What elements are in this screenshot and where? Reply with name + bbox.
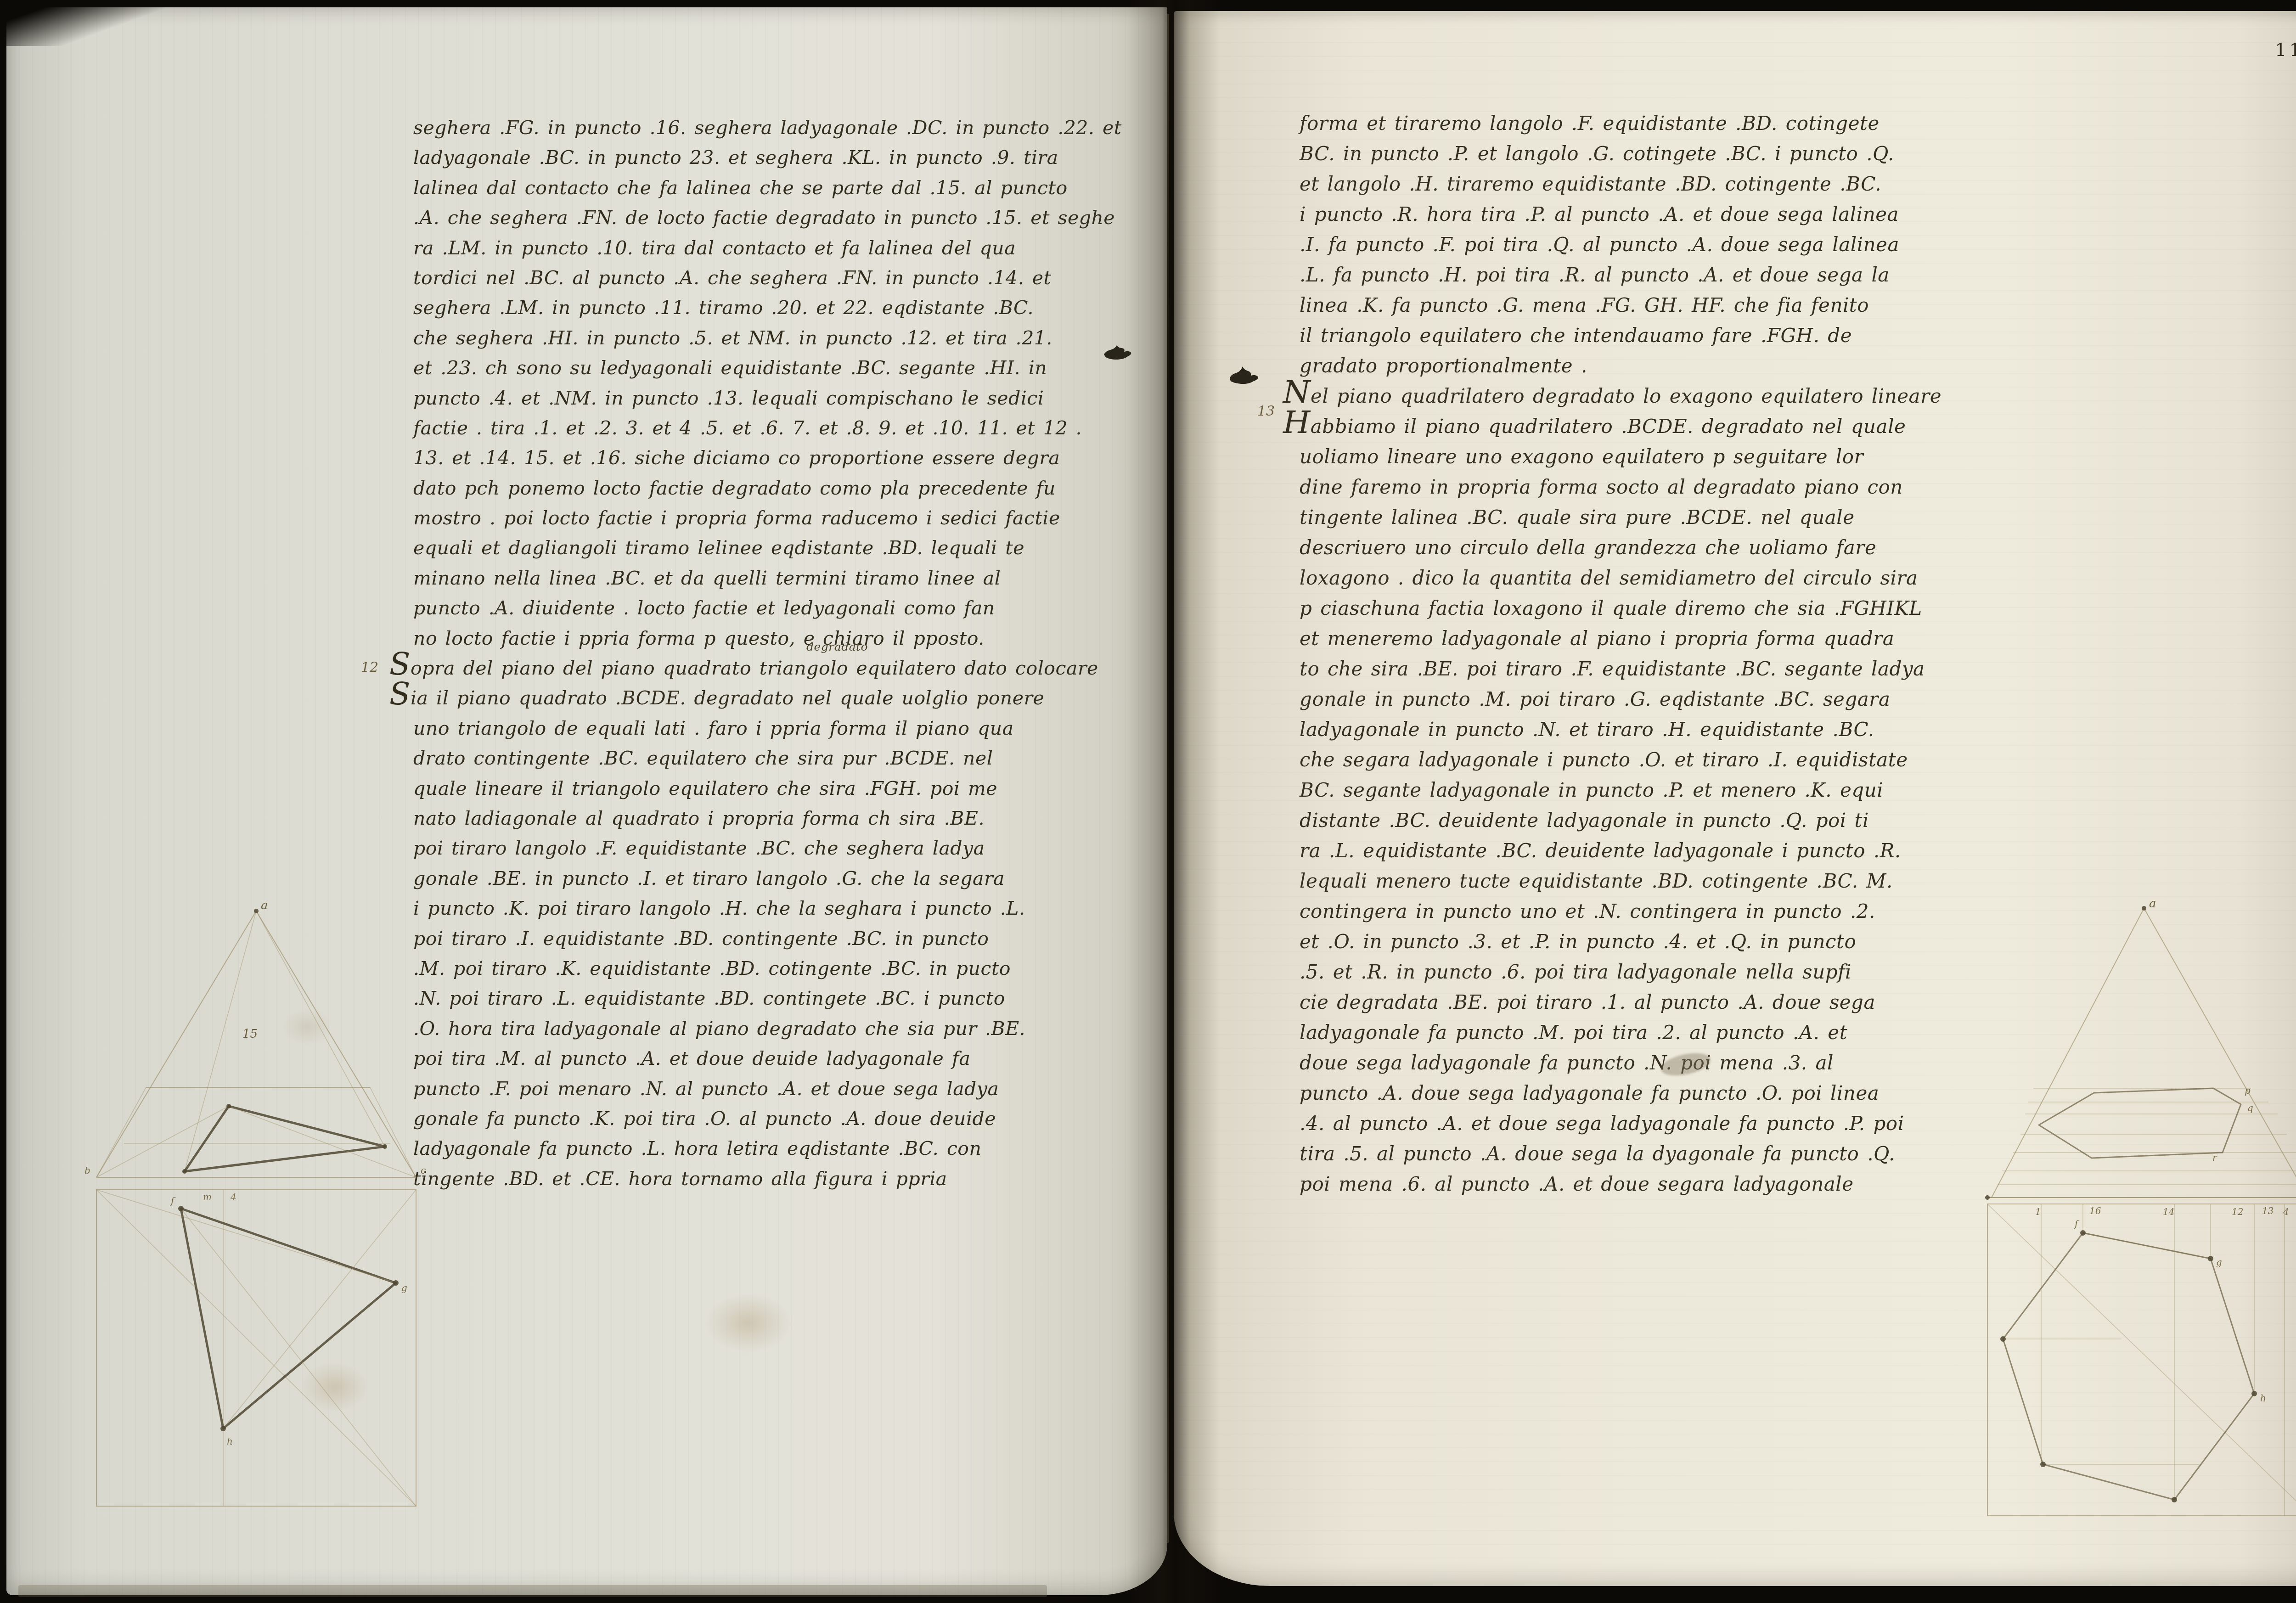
corner-c-label: c	[421, 1165, 426, 1176]
manuscript-line: lalinea dal contacto che fa lalinea che …	[413, 173, 1143, 203]
manuscript-line: et meneremo ladyagonale al piano i propr…	[1300, 624, 2016, 654]
point-g-label: g	[2216, 1257, 2222, 1268]
manuscript-line: gradato proportionalmente .	[1300, 351, 2016, 381]
manuscript-photo: { "folio_number": "11", "left_page": { "…	[0, 0, 2296, 1603]
manuscript-line: puncto .4. et .NM. in puncto .13. lequal…	[413, 383, 1143, 413]
construction-lines	[96, 909, 416, 1506]
manuscript-line: et .23. ch sono su ledyagonali equidista…	[413, 353, 1143, 383]
manuscript-line: mostro . poi locto factie i propria form…	[413, 503, 1143, 533]
point-f-label: f	[170, 1195, 176, 1206]
manuscript-line: Sopra del piano del piano quadrato trian…	[389, 653, 1143, 683]
manuscript-line: dato pch ponemo locto factie degradato c…	[413, 473, 1143, 503]
manuscript-line: puncto .A. doue sega ladyagonale fa punc…	[1300, 1078, 2016, 1108]
hexagon-perspective-diagram: a p q r f g h 1 16 14 12 13 4	[1984, 895, 2296, 1543]
manuscript-line: seghera .FG. in puncto .16. seghera lady…	[413, 113, 1143, 143]
manuscript-line: tordici nel .BC. al puncto .A. che seghe…	[413, 263, 1143, 293]
manuscript-line: BC. segante ladyagonale in puncto .P. et…	[1300, 775, 2016, 805]
left-page-text: seghera .FG. in puncto .16. seghera lady…	[413, 113, 1143, 1194]
manuscript-line: no locto factie i ppria forma p questo, …	[413, 624, 1143, 653]
bottom-page-edges	[18, 1585, 1047, 1597]
folio-number: 11	[2275, 39, 2296, 61]
manuscript-line: il triangolo equilatero che intendauamo …	[1300, 321, 2016, 351]
foxing-stain	[704, 1293, 792, 1353]
manuscript-line: poi tiraro .I. equidistante .BD. conting…	[413, 924, 1143, 954]
manuscript-line: gonale fa puncto .K. poi tira .O. al pun…	[413, 1104, 1143, 1134]
manuscript-line: puncto .A. diuidente . locto factie et l…	[413, 593, 1143, 623]
tick-4-label: 4	[230, 1192, 236, 1203]
diagram-labels: a p q r f g h 1 16 14 12 13 4	[2035, 897, 2289, 1404]
point-m-label: m	[203, 1192, 212, 1203]
ink-blot	[1101, 338, 1140, 365]
apex-a-label: a	[2149, 897, 2156, 911]
manuscript-line: ladyagonale .BC. in puncto 23. et segher…	[413, 143, 1143, 173]
manuscript-line: gonale .BE. in puncto .I. et tiraro lang…	[413, 864, 1143, 894]
manuscript-line: i puncto .R. hora tira .P. al puncto .A.…	[1300, 199, 2016, 230]
manuscript-line: poi tira .M. al puncto .A. et doue deuid…	[413, 1044, 1143, 1074]
manuscript-line: drato contingente .BC. equilatero che si…	[413, 743, 1143, 773]
manuscript-line: .M. poi tiraro .K. equidistante .BD. cot…	[413, 954, 1143, 984]
ink-blot	[1225, 360, 1266, 389]
manuscript-line: .A. che seghera .FN. de locto factie deg…	[413, 203, 1143, 233]
construction-lines	[1985, 906, 2296, 1516]
manuscript-line: poi mena .6. al puncto .A. et doue segar…	[1300, 1169, 2016, 1199]
tick-4: 4	[2283, 1206, 2289, 1217]
manuscript-line: linea .K. fa puncto .G. mena .FG. GH. HF…	[1300, 290, 2016, 321]
manuscript-line: contingera in puncto uno et .N. continge…	[1300, 896, 2016, 927]
point-p-label: p	[2245, 1085, 2251, 1096]
point-h-label: h	[2260, 1393, 2266, 1404]
manuscript-line: doue sega ladyagonale fa puncto .N. poi …	[1300, 1048, 2016, 1078]
apex-a-label: a	[261, 899, 268, 912]
manuscript-line: Habbiamo il piano quadrilatero .BCDE. de…	[1283, 411, 2016, 442]
manuscript-line: poi tiraro langolo .F. equidistante .BC.…	[413, 833, 1143, 863]
manuscript-line: ra .L. equidistante .BC. deuidente ladya…	[1300, 836, 2016, 866]
manuscript-line: Nel piano quadrilatero degradato lo exag…	[1283, 381, 2016, 411]
manuscript-line: to che sira .BE. poi tiraro .F. equidist…	[1300, 654, 2016, 684]
point-g-label: g	[401, 1282, 407, 1294]
right-page-text: forma et tiraremo langolo .F. equidistan…	[1300, 108, 2016, 1199]
right-page: 11 13 forma et tiraremo langolo .F. equi…	[1174, 11, 2296, 1586]
manuscript-line: loxagono . dico la quantita del semidiam…	[1300, 563, 2016, 593]
manuscript-line: ladyagonale in puncto .N. et tiraro .H. …	[1300, 714, 2016, 745]
manuscript-line: gonale in puncto .M. poi tiraro .G. eqdi…	[1300, 684, 2016, 714]
manuscript-line: equali et dagliangoli tiramo lelinee eqd…	[413, 533, 1143, 563]
manuscript-line: seghera .LM. in puncto .11. tiramo .20. …	[413, 293, 1143, 323]
manuscript-line: ladyagonale fa puncto .M. poi tira .2. a…	[1300, 1018, 2016, 1048]
manuscript-line: BC. in puncto .P. et langolo .G. cotinge…	[1300, 139, 2016, 169]
left-page: 12 seghera .FG. in puncto .16. seghera l…	[6, 7, 1167, 1595]
tick-13: 13	[2262, 1205, 2273, 1216]
manuscript-line: .4. al puncto .A. et doue sega ladyagona…	[1300, 1108, 2016, 1139]
manuscript-line: distante .BC. deuidente ladyagonale in p…	[1300, 805, 2016, 836]
manuscript-line: .I. fa puncto .F. poi tira .Q. al puncto…	[1300, 230, 2016, 260]
triangle-perspective-diagram: a 15 b c f g h m 4	[69, 895, 436, 1515]
tick-12: 12	[2232, 1206, 2243, 1217]
manuscript-line: 13. et .14. 15. et .16. siche diciamo co…	[413, 443, 1143, 473]
manuscript-line: Sia il piano quadrato .BCDE. degradato n…	[389, 683, 1143, 713]
corner-b-label: b	[84, 1165, 90, 1176]
manuscript-line: cie degradata .BE. poi tiraro .1. al pun…	[1300, 987, 2016, 1018]
point-h-label: h	[227, 1436, 233, 1447]
diagram-labels: a 15 b c f g h m 4	[84, 899, 426, 1447]
manuscript-line: .5. et .R. in puncto .6. poi tira ladyag…	[1300, 957, 2016, 987]
manuscript-line: lequali menero tucte equidistante .BD. c…	[1300, 866, 2016, 896]
manuscript-line: tingente .BD. et .CE. hora tornamo alla …	[413, 1164, 1143, 1194]
tick-1: 1	[2035, 1206, 2041, 1217]
manuscript-line: puncto .F. poi menaro .N. al puncto .A. …	[413, 1074, 1143, 1104]
manuscript-line: tingente lalinea .BC. quale sira pure .B…	[1300, 502, 2016, 533]
tick-16: 16	[2089, 1205, 2101, 1216]
manuscript-line: tira .5. al puncto .A. doue sega la dyag…	[1300, 1139, 2016, 1169]
left-section-number: 12	[361, 659, 378, 675]
fifteen-label: 15	[242, 1027, 258, 1041]
manuscript-line: minano nella linea .BC. et da quelli ter…	[413, 563, 1143, 593]
point-r-label: r	[2212, 1152, 2217, 1163]
manuscript-line: ra .LM. in puncto .10. tira dal contacto…	[413, 233, 1143, 263]
manuscript-line: che segara ladyagonale i puncto .O. et t…	[1300, 745, 2016, 775]
manuscript-line: .O. hora tira ladyagonale al piano degra…	[413, 1014, 1143, 1044]
manuscript-line: dine faremo in propria forma socto al de…	[1300, 472, 2016, 502]
right-section-number: 13	[1257, 403, 1275, 419]
manuscript-line: ladyagonale fa puncto .L. hora letira eq…	[413, 1134, 1143, 1164]
manuscript-line: descriuero uno circulo della grandezza c…	[1300, 533, 2016, 563]
manuscript-line: factie . tira .1. et .2. 3. et 4 .5. et …	[413, 413, 1143, 443]
manuscript-line: .L. fa puncto .H. poi tira .R. al puncto…	[1300, 260, 2016, 290]
interlinear-correction: degradato	[806, 640, 868, 653]
manuscript-line: uno triangolo de equali lati . faro i pp…	[413, 714, 1143, 743]
point-f-label: f	[2074, 1218, 2080, 1229]
manuscript-line: i puncto .K. poi tiraro langolo .H. che …	[413, 894, 1143, 923]
manuscript-line: uoliamo lineare uno exagono equilatero p…	[1300, 442, 2016, 472]
manuscript-line: et langolo .H. tiraremo equidistante .BD…	[1300, 169, 2016, 199]
manuscript-line: et .O. in puncto .3. et .P. in puncto .4…	[1300, 927, 2016, 957]
manuscript-line: forma et tiraremo langolo .F. equidistan…	[1300, 108, 2016, 139]
point-q-label: q	[2247, 1102, 2253, 1114]
manuscript-line: che seghera .HI. in puncto .5. et NM. in…	[413, 323, 1143, 353]
manuscript-line: quale lineare il triangolo equilatero ch…	[413, 774, 1143, 804]
manuscript-line: nato ladiagonale al quadrato i propria f…	[413, 804, 1143, 833]
tick-14: 14	[2163, 1206, 2174, 1217]
manuscript-line: p ciaschuna factia loxagono il quale dir…	[1300, 593, 2016, 624]
manuscript-line: .N. poi tiraro .L. equidistante .BD. con…	[413, 984, 1143, 1013]
